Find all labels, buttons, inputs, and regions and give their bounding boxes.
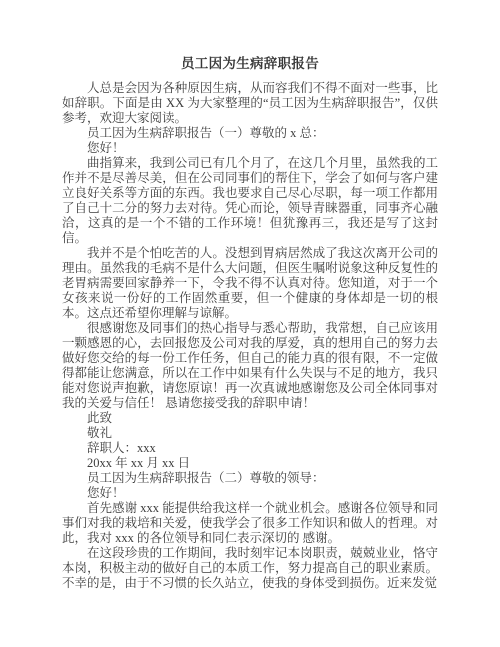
salutation-one: 您好！ bbox=[62, 141, 438, 156]
date-line: 20xx 年 xx 月 xx 日 bbox=[62, 456, 438, 471]
intro-paragraph: 人总是会因为各种原因生病，从而容我们不得不面对一些事，比如辞职。下面是由 XX … bbox=[62, 81, 438, 126]
report-one-heading: 员工因为生病辞职报告（一）尊敬的 x 总： bbox=[62, 126, 438, 141]
document-body: 人总是会因为各种原因生病，从而容我们不得不面对一些事，比如辞职。下面是由 XX … bbox=[62, 81, 438, 591]
document-title: 员工因为生病辞职报告 bbox=[62, 56, 438, 72]
report-two-heading: 员工因为生病辞职报告（二）尊敬的领导： bbox=[62, 471, 438, 486]
body-two-paragraph-2: 在这段珍贵的工作期间，我时刻牢记本岗职责，兢兢业业，恪守本岗，积极主动的做好自己… bbox=[62, 546, 438, 591]
body-one-paragraph-2: 我并不是个怕吃苦的人。没想到胃病居然成了我这次离开公司的理由。虽然我的毛病不是什… bbox=[62, 246, 438, 321]
salutation-two: 您好！ bbox=[62, 486, 438, 501]
closing-jingli: 敬礼 bbox=[62, 426, 438, 441]
body-one-paragraph-3: 很感谢您及同事们的热心指导与悉心帮助，我常想，自己应该用一颗感恩的心，去回报您及… bbox=[62, 321, 438, 411]
body-two-paragraph-1: 首先感谢 xxx 能提供给我这样一个就业机会。感谢各位领导和同事们对我的栽培和关… bbox=[62, 501, 438, 546]
closing-cizhi: 此致 bbox=[62, 411, 438, 426]
signature-line: 辞职人：xxx bbox=[62, 441, 438, 456]
body-one-paragraph-1: 曲指算来，我到公司已有几个月了，在这几个月里，虽然我的工作并不是尽善尽美，但在公… bbox=[62, 156, 438, 246]
document-page: 员工因为生病辞职报告 人总是会因为各种原因生病，从而容我们不得不面对一些事，比如… bbox=[62, 56, 438, 591]
